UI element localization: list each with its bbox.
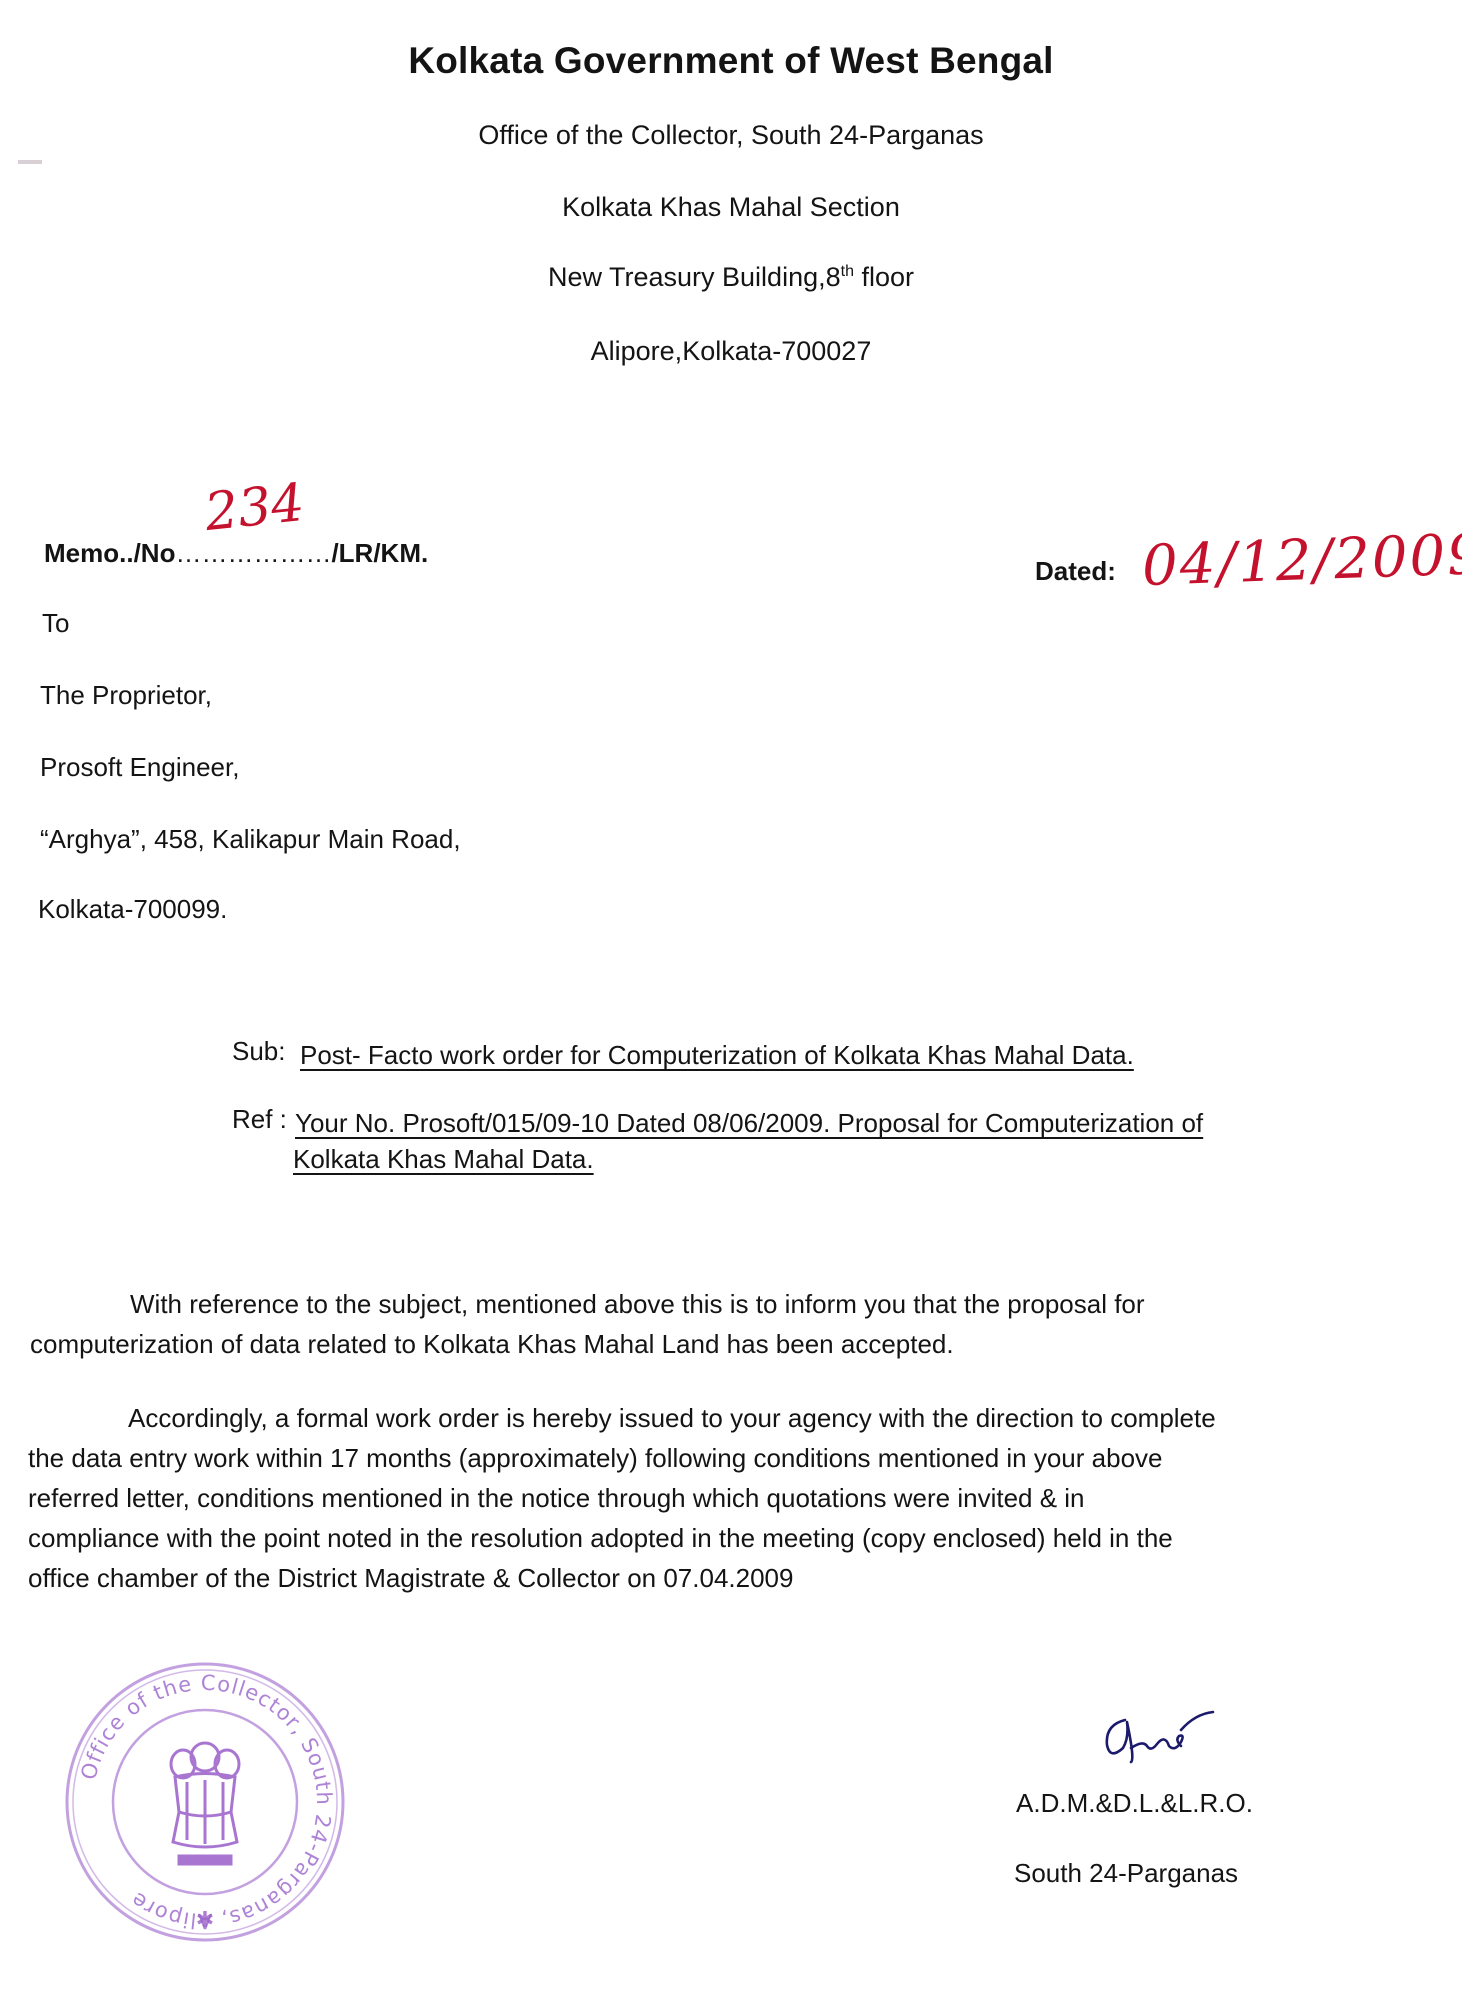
reference-label: Ref : bbox=[232, 1104, 287, 1135]
letterhead-section: Kolkata Khas Mahal Section bbox=[0, 192, 1462, 223]
subject-text: Post- Facto work order for Computerizati… bbox=[300, 1040, 1134, 1071]
paragraph-1-line-2: computerization of data related to Kolka… bbox=[30, 1324, 954, 1365]
recipient-line-3: “Arghya”, 458, Kalikapur Main Road, bbox=[40, 824, 461, 855]
reference-line-1: Your No. Prosoft/015/09-10 Dated 08/06/2… bbox=[295, 1108, 1203, 1139]
memo-suffix: /LR/KM. bbox=[331, 538, 428, 568]
letterhead-building: New Treasury Building,8th floor bbox=[0, 262, 1462, 293]
memo-prefix: Memo../No bbox=[44, 538, 175, 568]
dated-label: Dated: bbox=[1035, 556, 1116, 587]
recipient-line-2: Prosoft Engineer, bbox=[40, 752, 239, 783]
memo-dots: ……………… bbox=[175, 538, 331, 568]
recipient-line-4: Kolkata-700099. bbox=[38, 894, 227, 925]
memo-number-handwritten: 234 bbox=[202, 473, 307, 543]
subject-label: Sub: bbox=[232, 1036, 286, 1067]
paragraph-2-line-5: office chamber of the District Magistrat… bbox=[28, 1558, 793, 1599]
paragraph-2-line-3: referred letter, conditions mentioned in… bbox=[28, 1478, 1085, 1519]
paragraph-1-line-1: With reference to the subject, mentioned… bbox=[130, 1284, 1145, 1325]
reference-line-2: Kolkata Khas Mahal Data. bbox=[293, 1144, 594, 1175]
salutation-to: To bbox=[42, 608, 69, 639]
floor-word: floor bbox=[854, 262, 914, 292]
paragraph-2-line-2: the data entry work within 17 months (ap… bbox=[28, 1438, 1163, 1479]
letterhead-title: Kolkata Government of West Bengal bbox=[0, 40, 1462, 82]
paragraph-2-line-1: Accordingly, a formal work order is here… bbox=[128, 1398, 1216, 1439]
signature-scrawl bbox=[1095, 1700, 1215, 1775]
floor-ordinal: th bbox=[841, 263, 854, 280]
recipient-line-1: The Proprietor, bbox=[40, 680, 212, 711]
signature-icon bbox=[1095, 1700, 1215, 1770]
svg-text:✱: ✱ bbox=[196, 1907, 214, 1932]
scan-artifact bbox=[18, 160, 42, 164]
signatory-designation: A.D.M.&D.L.&L.R.O. bbox=[1016, 1788, 1253, 1819]
official-seal-stamp: Office of the Collector, South 24-Pargan… bbox=[55, 1652, 355, 1952]
signatory-district: South 24-Parganas bbox=[1014, 1858, 1238, 1889]
letterhead-office: Office of the Collector, South 24-Pargan… bbox=[0, 120, 1462, 151]
paragraph-2-line-4: compliance with the point noted in the r… bbox=[28, 1518, 1173, 1559]
building-text: New Treasury Building,8 bbox=[548, 262, 841, 292]
letterhead-address: Alipore,Kolkata-700027 bbox=[0, 336, 1462, 367]
dated-value-handwritten: 04/12/2009 bbox=[1141, 522, 1462, 599]
national-emblem-icon bbox=[171, 1743, 239, 1864]
memo-number-line: Memo../No………………/LR/KM. bbox=[44, 538, 428, 569]
seal-icon: Office of the Collector, South 24-Pargan… bbox=[55, 1652, 355, 1952]
